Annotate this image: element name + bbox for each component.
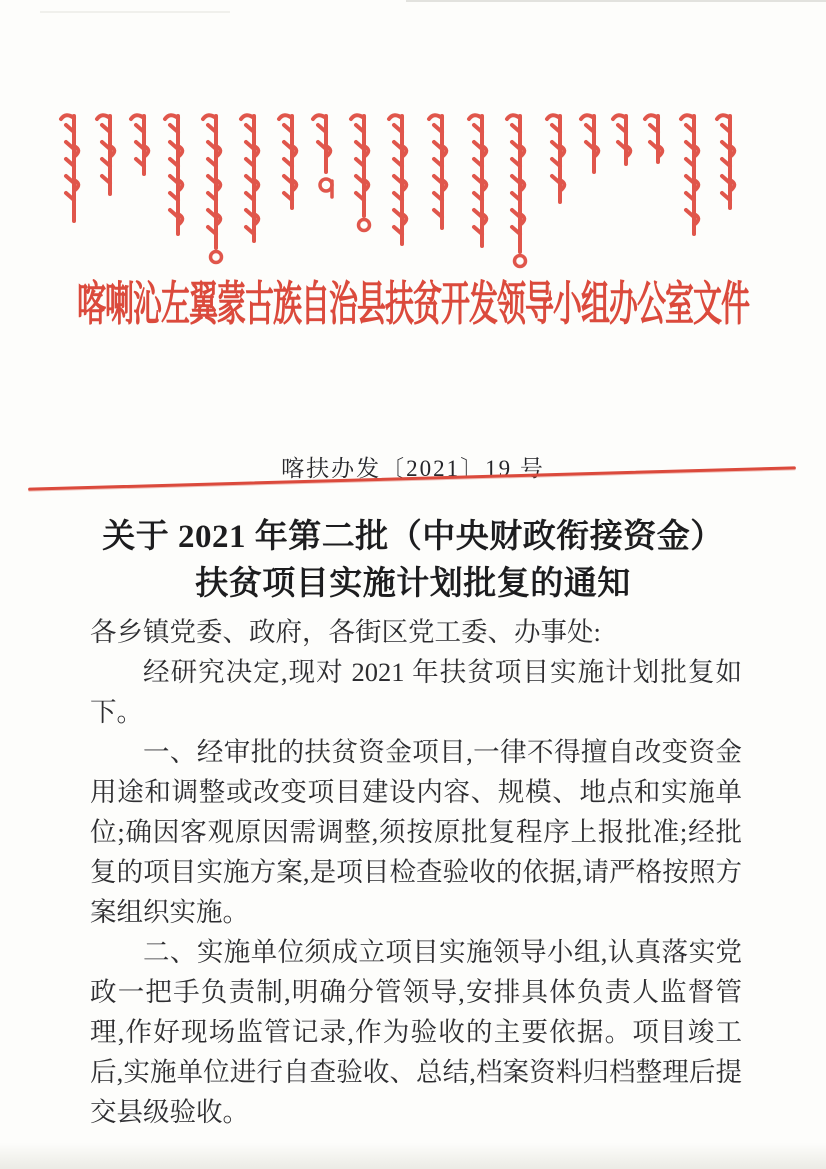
document-body: 各乡镇党委、政府，各街区党工委、办事处:经研究决定,现对 2021 年扶贫项目实… <box>90 612 742 1132</box>
scan-edge-top-left <box>40 11 230 13</box>
scan-edge-top <box>406 0 826 2</box>
scan-edge-bottom <box>0 1143 826 1169</box>
paragraph: 各乡镇党委、政府，各街区党工委、办事处: <box>90 612 742 652</box>
mongolian-script <box>62 110 762 282</box>
notice-title: 关于 2021 年第二批（中央财政衔接资金） 扶贫项目实施计划批复的通知 <box>0 514 826 608</box>
org-banner: 喀喇沁左翼蒙古族自治县扶贫开发领导小组办公室文件 <box>0 268 826 309</box>
paragraph: 一、经审批的扶贫资金项目,一律不得擅自改变资金用途和调整或改变项目建设内容、规模… <box>90 732 742 932</box>
notice-title-line1: 关于 2021 年第二批（中央财政衔接资金） <box>0 514 826 561</box>
paragraph: 二、实施单位须成立项目实施领导小组,认真落实党政一把手负责制,明确分管领导,安排… <box>90 932 742 1132</box>
notice-title-line2: 扶贫项目实施计划批复的通知 <box>0 561 826 608</box>
org-banner-text: 喀喇沁左翼蒙古族自治县扶贫开发领导小组办公室文件 <box>77 268 749 334</box>
paragraph: 经研究决定,现对 2021 年扶贫项目实施计划批复如下。 <box>90 652 742 732</box>
document-page: 喀喇沁左翼蒙古族自治县扶贫开发领导小组办公室文件 喀扶办发〔2021〕19 号 … <box>0 0 826 1169</box>
